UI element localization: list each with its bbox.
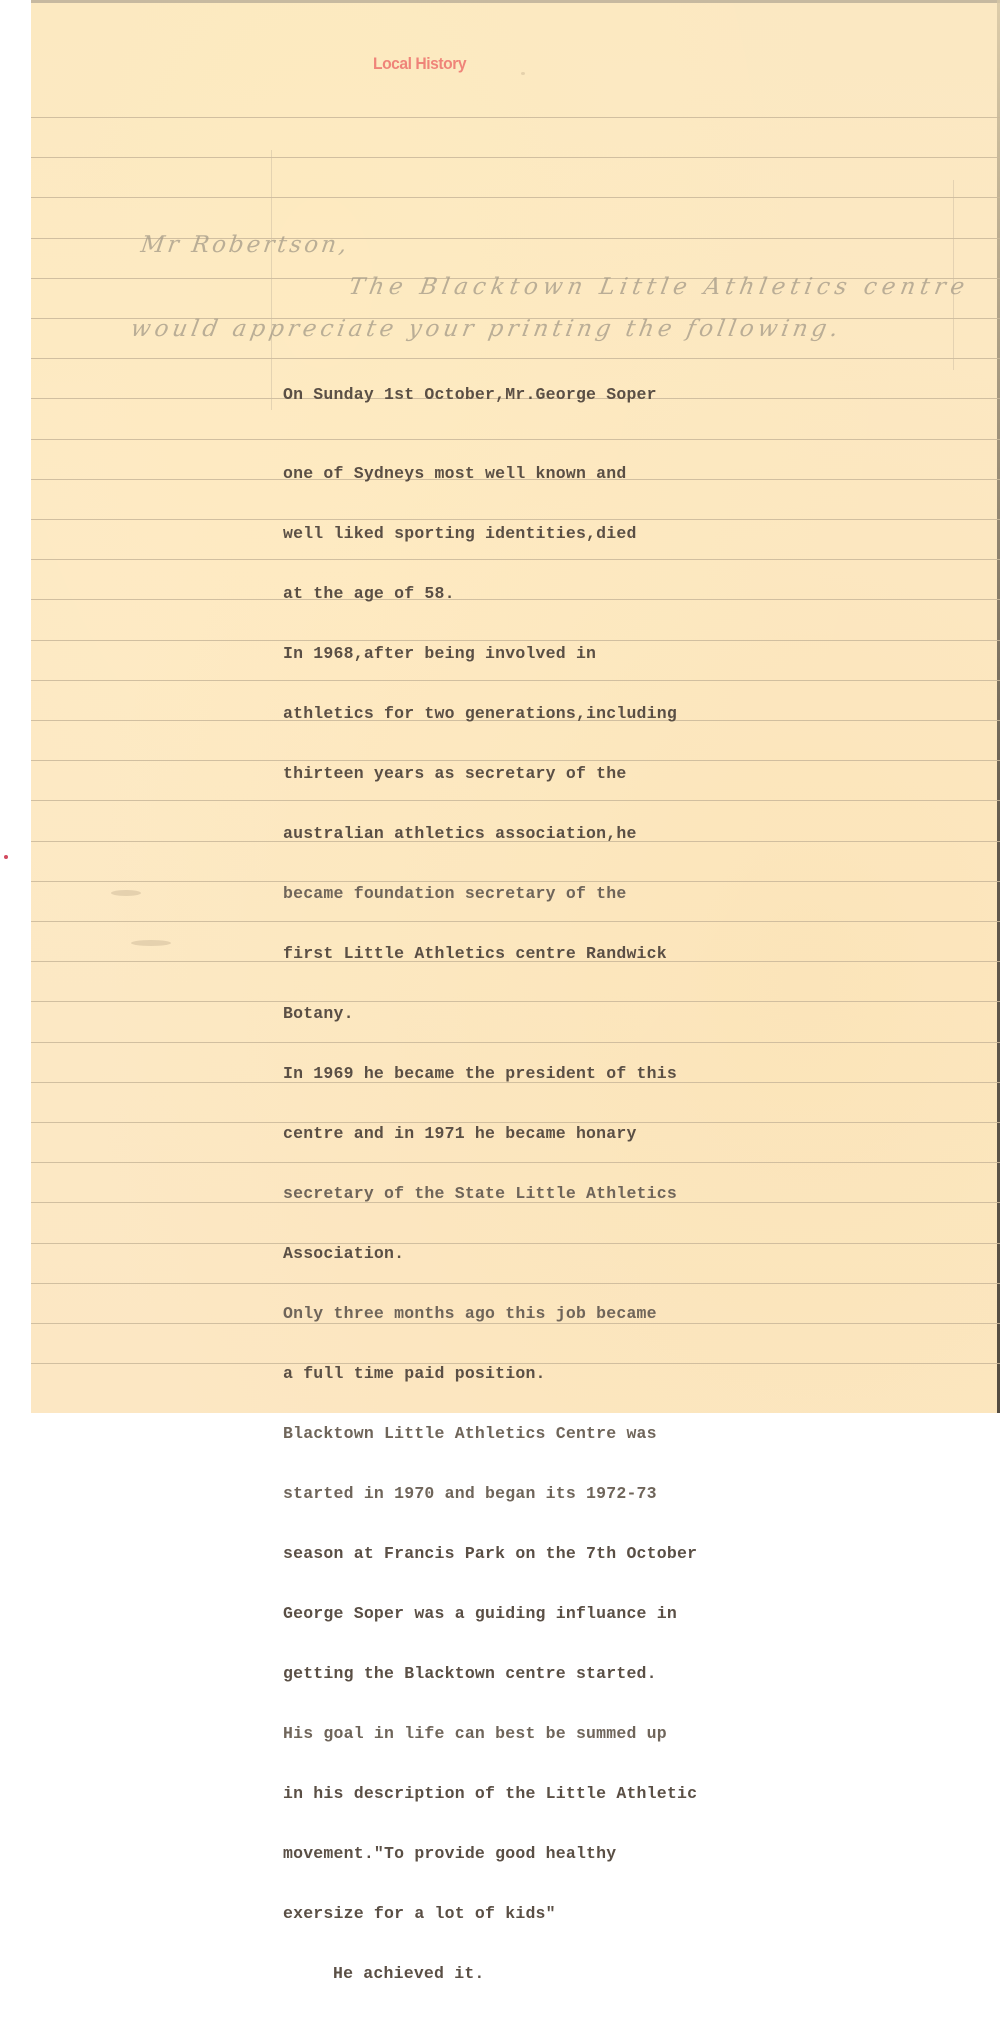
page-top-edge <box>31 0 1000 3</box>
paper-smudge <box>131 940 171 946</box>
typed-line: In 1969 he became the president of this <box>283 1064 697 1084</box>
typed-line: athletics for two generations,including <box>283 704 697 724</box>
typed-line: Botany. <box>283 1004 697 1024</box>
ruled-line <box>31 157 1000 158</box>
paper-speck <box>521 72 525 75</box>
typed-line: centre and in 1971 he became honary <box>283 1124 697 1144</box>
typed-line: Association. <box>283 1244 697 1264</box>
ruled-line <box>31 358 1000 359</box>
typed-line: became foundation secretary of the <box>283 884 697 904</box>
ruled-line <box>31 117 1000 118</box>
typed-line: one of Sydneys most well known and <box>283 464 697 484</box>
ruled-line <box>31 197 1000 198</box>
red-ink-speck <box>4 855 8 859</box>
typed-line: In 1968,after being involved in <box>283 644 697 664</box>
typed-line: at the age of 58. <box>283 584 697 604</box>
faint-margin-line <box>271 150 272 410</box>
paper-smudge <box>111 890 141 896</box>
typed-body: one of Sydneys most well known and well … <box>283 424 697 1413</box>
handwritten-salutation: Mr Robertson, <box>139 232 351 258</box>
local-history-stamp: Local History <box>373 54 466 74</box>
typed-line: australian athletics association,he <box>283 824 697 844</box>
typed-line: a full time paid position. <box>283 1364 697 1384</box>
typed-line: thirteen years as secretary of the <box>283 764 697 784</box>
typed-line: Only three months ago this job became <box>283 1304 697 1324</box>
typed-line: well liked sporting identities,died <box>283 524 697 544</box>
typed-line: first Little Athletics centre Randwick <box>283 944 697 964</box>
handwritten-note-line-2: would appreciate your printing the follo… <box>129 316 844 342</box>
handwritten-note-line-1: The Blacktown Little Athletics centre <box>347 274 972 300</box>
typed-line: secretary of the State Little Athletics <box>283 1184 697 1204</box>
typed-heading: On Sunday 1st October,Mr.George Soper <box>283 385 657 404</box>
document-page: Local History Mr Robertson, The Blacktow… <box>31 0 1000 1413</box>
